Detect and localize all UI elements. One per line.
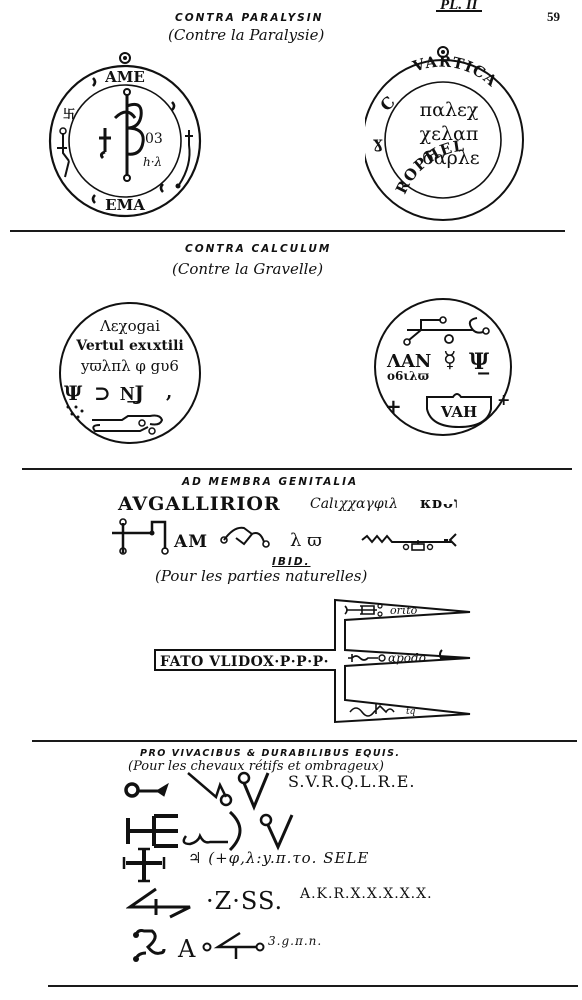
seal-line-1: παλεχ (420, 99, 479, 121)
center-small: h·λ (143, 155, 162, 169)
section-title-paralysin: CONTRA PARALYSIN (175, 12, 323, 24)
section-title-equis: PRO VIVACIBUS & DURABILIBUS EQUIS. (140, 748, 401, 759)
divider-3 (32, 740, 577, 742)
divider-2 (22, 468, 572, 470)
section-subtitle-paralysin: (Contre la Paralysie) (168, 26, 324, 44)
seal-line-3: yϖλπλ φ gυ6 (80, 357, 179, 375)
sigil-genitalia-3 (360, 528, 470, 558)
ibid-subtitle: (Pour les parties naturelles) (155, 567, 367, 585)
ring-top-text: AME (104, 68, 145, 86)
genitalia-greek-word: Calιχχαγφιλ (310, 496, 398, 512)
seal-line-3: бαρλε (422, 147, 479, 169)
equis-row1-text: S.V.R.Q.L.R.E. (288, 772, 415, 791)
section-subtitle-calculum: (Contre la Gravelle) (172, 260, 323, 278)
equis-row3-text: ♃ (+φ,λ:y.π.το. SELE (188, 849, 369, 867)
seal-calculum-left: Λεχοgai Vertul exιxtili yϖλπλ φ gυ6 Ψ ⊃ … (50, 295, 210, 455)
svg-text:,: , (166, 382, 172, 403)
svg-text:A: A (177, 935, 196, 963)
seal-box-text: VAH (440, 403, 477, 421)
divider-4 (48, 985, 578, 987)
plate-label: PL. II (436, 0, 482, 12)
svg-text:⊃: ⊃ (94, 381, 111, 405)
seal-paralysin-left: AME EMA 卐 03 h·λ (45, 48, 205, 218)
genitalia-letters: AM (174, 532, 208, 552)
section-title-genitalia: AD MEMBRA GENITALIA (182, 476, 358, 488)
seal-line-2: χελαπ (420, 123, 479, 145)
equis-row5-text: 3.g.π.n. (268, 934, 322, 948)
svg-text:Ψ̲: Ψ̲ (469, 349, 489, 375)
sigil-equis-row3 (120, 845, 170, 885)
sigil-genitalia-2 (218, 522, 278, 552)
trident-figure: FATO VLIDOX·P·P·P· orιto αpodo tq (150, 590, 475, 730)
svg-text:☿: ☿ (443, 347, 457, 373)
page-number: 59 (547, 9, 560, 25)
divider-1 (10, 230, 565, 232)
genitalia-main-word: AVGALLIRIOR (118, 493, 281, 515)
center-number: 03 (145, 131, 163, 147)
equis-row4-text: ·Z·SS. (206, 887, 283, 915)
ring-bottom-text: EMA (105, 196, 145, 214)
seal-calculum-right: ΛAN o6ιλϖ ☿ Ψ̲ + VAH + (365, 295, 525, 455)
seal-paralysin-right: VARTICA ROPHEL C ɣ παλεχ χελαπ бαρλε (365, 40, 535, 230)
ring-side-text: C (376, 92, 398, 114)
svg-text:ɣ: ɣ (373, 133, 383, 152)
section-title-calculum: CONTRA CALCULUM (185, 243, 331, 255)
seal-line-1: Λεχοgai (99, 317, 160, 335)
svg-text:Ψ: Ψ (64, 381, 83, 405)
prong-top-text: orιto (390, 604, 418, 617)
genitalia-hebrew-word: ᴋᴅᴗו (420, 494, 459, 513)
prong-bottom-text: tq (406, 707, 416, 717)
prong-middle-text: αpodo (388, 651, 426, 665)
sigil-equis-row4 (126, 885, 206, 921)
svg-text:卐: 卐 (63, 107, 75, 121)
seal-line-2: Vertul exιxtili (75, 338, 184, 354)
svg-text:+: + (497, 390, 510, 409)
svg-text:N͟J: N͟J (120, 381, 144, 405)
seal-small: o6ιλϖ (387, 369, 430, 383)
trident-handle-text: FATO VLIDOX·P·P·P· (160, 654, 329, 670)
equis-row4-small: A.K.R.X.X.X.X.X. (300, 886, 433, 902)
genitalia-greek-2: λ ϖ (290, 530, 322, 551)
svg-text:+: + (385, 394, 402, 418)
